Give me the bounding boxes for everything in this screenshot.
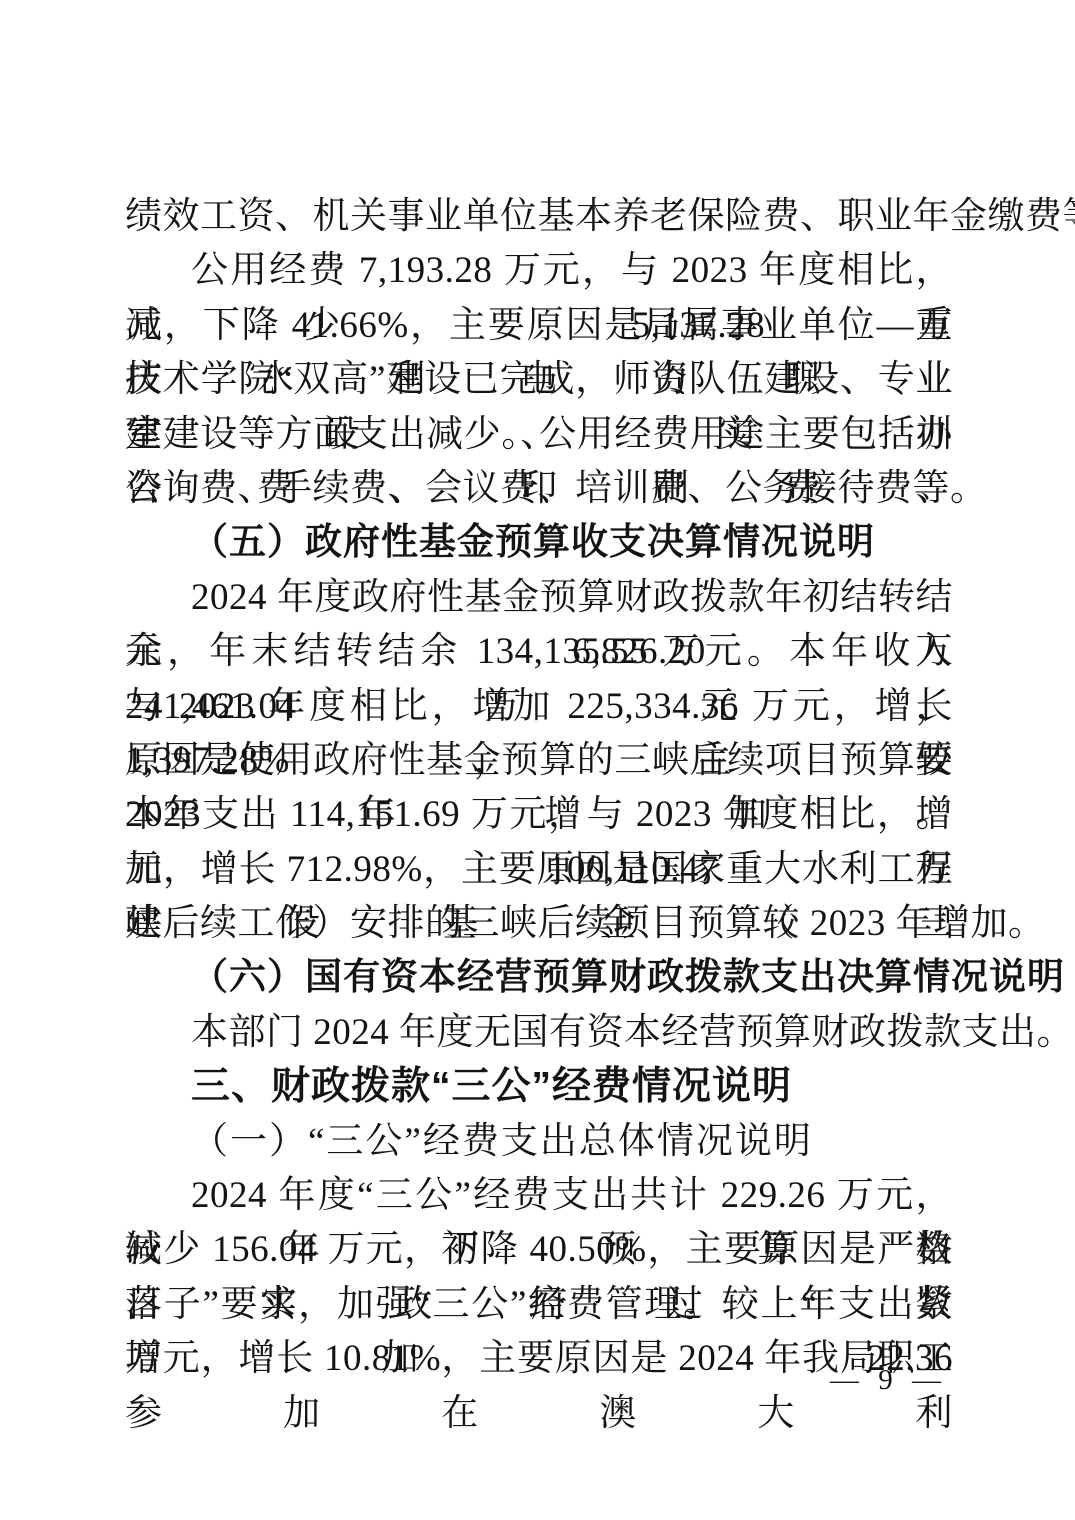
paragraph-line: 减少 156.04 万元，下降 40.50%，主要原因是严格落实政府过“紧 [125, 1223, 953, 1277]
paragraph-line: 日子”要求，加强“三公”经费管理。较上年支出数增加 22.36 [125, 1278, 953, 1332]
paragraph-line: 与 2023 年度相比，增加 225,334.36 万元，增长 1,397.28… [125, 680, 953, 734]
paragraph-line: 元，增长 712.98%，主要原因是国家重大水利工程建设基金（三 [125, 843, 953, 897]
paragraph-line: 峡后续工作）安排的三峡后续项目预算较 2023 年增加。 [125, 897, 953, 951]
paragraph-line: 室建设等方面支出减少。公用经费用途主要包括办公费、印刷费、 [125, 408, 953, 462]
paragraph-line: 绩效工资、机关事业单位基本养老保险费、职业年金缴费等。 [125, 190, 953, 244]
paragraph-line: 2024 年度“三公”经费支出共计 229.26 万元，较年初预算数 [125, 1169, 953, 1223]
paragraph-line: 咨询费、手续费、会议费、培训费、公务接待费等。 [125, 462, 953, 516]
paragraph-line: 2024 年度政府性基金预算财政拨款年初结转结余 6,826.20 万 [125, 571, 953, 625]
section-heading-3: 三、财政拨款“三公”经费情况说明 [125, 1060, 953, 1114]
document-text-block: 绩效工资、机关事业单位基本养老保险费、职业年金缴费等。 公用经费 7,193.2… [125, 190, 953, 1387]
paragraph-line: 原因是使用政府性基金预算的三峡后续项目预算较 2023 年增加。 [125, 734, 953, 788]
paragraph-line: 技术学院“双高”建设已完成，师资队伍建设、专业建设、实训 [125, 353, 953, 407]
subsection-heading-5: （五）政府性基金预算收支决算情况说明 [125, 516, 953, 570]
document-page: 绩效工资、机关事业单位基本养老保险费、职业年金缴费等。 公用经费 7,193.2… [0, 0, 1075, 1520]
subsection-heading-1: （一）“三公”经费支出总体情况说明 [125, 1115, 953, 1169]
paragraph-line: 本部门 2024 年度无国有资本经营预算财政拨款支出。 [125, 1006, 953, 1060]
paragraph-line: 万元，增长 10.81%，主要原因是 2024 年我局职工参加在澳大利 [125, 1332, 953, 1386]
page-number: — 9 — [830, 1362, 947, 1398]
subsection-heading-6: （六）国有资本经营预算财政拨款支出决算情况说明 [125, 951, 953, 1005]
paragraph-line: 公用经费 7,193.28 万元，与 2023 年度相比，减少 5,137.28… [125, 244, 953, 298]
paragraph-line: 元，年末结转结余 134,135.55 万元。本年收入 241,461.04 万… [125, 625, 953, 679]
paragraph-line: 本年支出 114,151.69 万元，与 2023 年度相比，增加 100,11… [125, 788, 953, 842]
paragraph-line: 元，下降 41.66%，主要原因是局属事业单位—重庆水利电力职业 [125, 299, 953, 353]
